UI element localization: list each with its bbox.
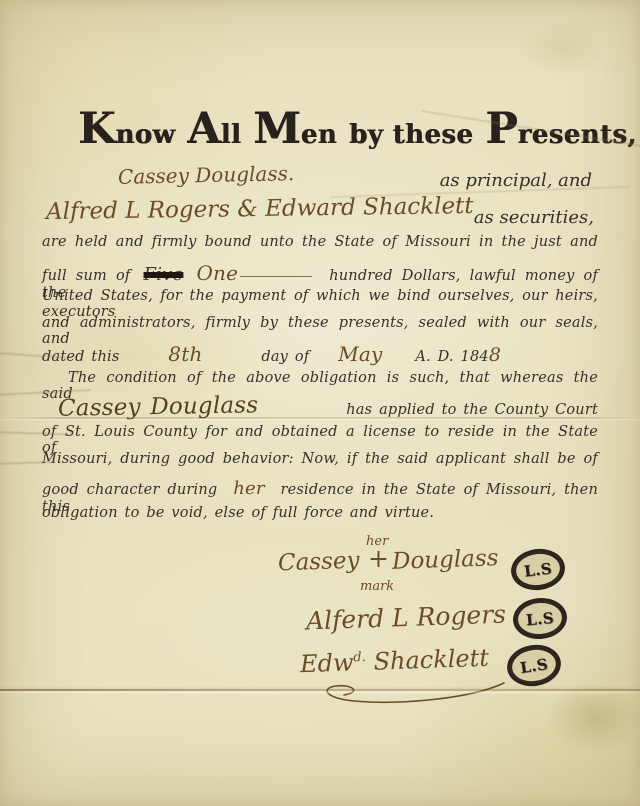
seal-ls-2-label: L.S (525, 608, 555, 628)
bond-line-3: United States, for the payment of which … (42, 288, 598, 315)
bond-line-2: full sum of Five One hundred Dollars, la… (42, 261, 598, 288)
document-heading: Know All Men by these Presents, That We, (78, 104, 618, 154)
seal-ls-1: L.S (509, 546, 568, 593)
bond-line-2-printed-a: full sum of (42, 268, 130, 284)
day-handwritten: 8th (168, 342, 202, 366)
heading-word-men: Men (253, 104, 337, 154)
signature-mark-cross: + (368, 544, 389, 573)
heading-word-all: All (187, 104, 241, 154)
applicant-name-handwritten: Cassey Douglass (58, 392, 259, 421)
month-handwritten: May (338, 342, 382, 366)
inserted-sum-handwritten: One (196, 261, 238, 285)
heading-word-bythese: by these (349, 120, 473, 150)
signature-edward-shacklett: Edwd. Shacklett (300, 644, 490, 679)
condition-line-6: obligation to be void, else of full forc… (42, 505, 598, 532)
dated-this-printed: dated this (42, 349, 119, 365)
condition-line-5: good character during her residence in t… (42, 478, 598, 505)
seal-ls-3-ring: L.S (510, 647, 558, 685)
signature-last-name: Douglass (392, 545, 499, 575)
her-mark-label-below: mark (360, 579, 394, 594)
heading-word-know: Know (78, 104, 175, 154)
document-scan: Know All Men by these Presents, That We,… (0, 0, 640, 806)
signature-edw-surname: Shacklett (373, 644, 489, 676)
heading-word-presents: Presents, (485, 104, 637, 154)
securities-label-printed: as securities, (474, 207, 594, 228)
condition-line-3: of St. Louis County for and obtained a l… (42, 424, 598, 451)
condition-line-1: The condition of the above obligation is… (42, 370, 598, 397)
seal-ls-1-label: L.S (523, 559, 553, 580)
seal-ls-2: L.S (511, 596, 568, 642)
principal-label-printed: as principal, and (440, 170, 592, 191)
bond-line-1: are held and firmly bound unto the State… (42, 234, 598, 261)
seal-ls-3: L.S (504, 641, 564, 690)
seal-ls-1-ring: L.S (514, 551, 561, 587)
pronoun-handwritten: her (233, 478, 264, 499)
condition-line-5-printed-a: good character during (42, 482, 217, 498)
handwritten-underline (240, 275, 312, 277)
principal-name-handwritten: Cassey Douglass. (118, 161, 295, 189)
seal-ls-3-label: L.S (519, 654, 550, 676)
condition-line-2: Cassey Douglass has applied to the Count… (42, 394, 598, 421)
has-applied-printed: has applied to the County Court (346, 402, 598, 418)
ad-year-printed: A. D. 184 (415, 349, 489, 365)
signature-cassey-douglass: her Cassey + Douglass mark (278, 535, 508, 597)
year-digit-handwritten: 8 (489, 344, 501, 366)
seal-ls-2-ring: L.S (517, 601, 564, 636)
bond-line-4: and administrators, firmly by these pres… (42, 315, 598, 342)
signature-edw-superscript: d. (353, 650, 366, 665)
signature-edw-prefix: Edw (300, 648, 354, 678)
condition-line-4: Missouri, during good behavior: Now, if … (42, 451, 598, 478)
bond-date-line: dated this 8th day of May A. D. 1848 (42, 342, 598, 369)
struck-out-sum: Five (144, 264, 184, 285)
securities-names-handwritten: Alfred L Rogers & Edward Shacklett (46, 193, 474, 225)
signature-flourish (318, 678, 508, 706)
signature-alferd-rogers: Alferd L Rogers (306, 600, 507, 636)
signature-first-name: Cassey (278, 548, 360, 577)
day-of-printed: day of (261, 349, 309, 365)
